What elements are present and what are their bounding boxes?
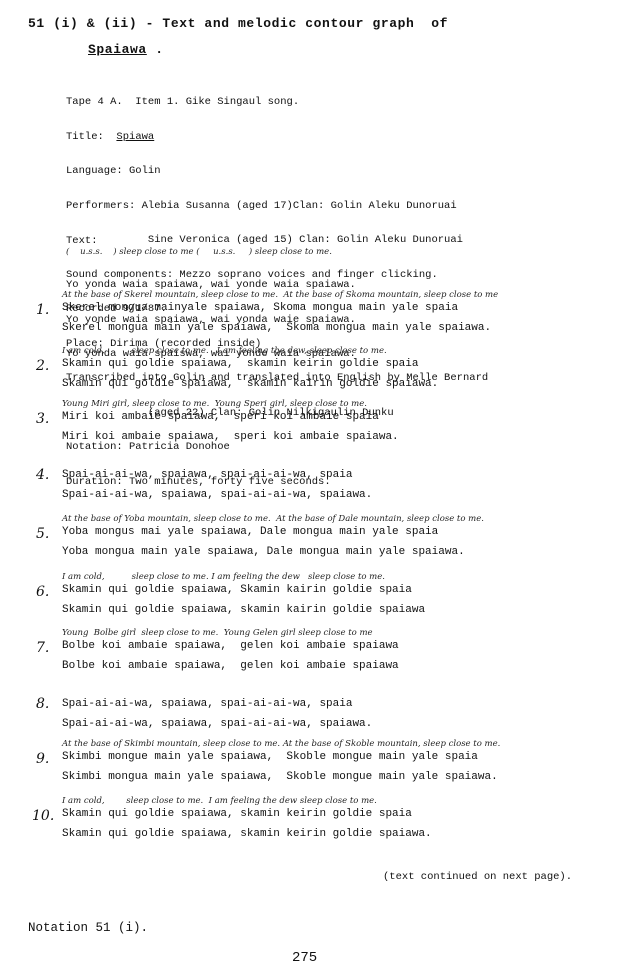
title-label: Title: [66,131,116,143]
text-label: Text: [66,236,98,248]
verse-translation: I am cold, sleep close to me. I am feeli… [62,572,385,582]
verse-number: 5. [36,526,49,542]
verse-translation: At the base of Skimbi mountain, sleep cl… [62,739,500,749]
continued-note: (text continued on next page). [383,872,572,884]
verse-translation: Young Miri girl, sleep close to me. Youn… [62,399,367,409]
verse-line: Skamin qui goldie spaiawa, skamin kairin… [62,604,425,616]
verse-line: Spai-ai-ai-wa, spaiawa, spai-ai-ai-wa, s… [62,718,372,730]
verse-translation: Young Bolbe girl sleep close to me. Youn… [62,628,373,638]
page-number: 275 [292,950,317,966]
document-heading: 51 (i) & (ii) - Text and melodic contour… [28,16,448,31]
verse-line: Skimbi mongua main yale spaiawa, Skoble … [62,771,498,783]
verse-number: 3. [36,411,49,427]
verse-number: 6. [36,584,49,600]
song-name-suffix: . [147,42,164,57]
verse-translation: I am cold, sleep close to me. I am feeli… [62,346,387,356]
performers-info-1: Performers: Alebia Susanna (aged 17)Clan… [66,201,488,213]
verse-number: 4. [36,467,49,483]
verse-line: Miri koi ambaie spaiawa, speri koi ambai… [62,411,379,423]
verse-translation: At the base of Skerel mountain, sleep cl… [62,290,498,300]
verse-line: Spai-ai-ai-wa, spaiawa, spai-ai-ai-wa, s… [62,469,352,481]
verse-line: Skerel mongua main yale spaiawa, Skoma m… [62,322,491,334]
verse-line: Skamin qui goldie spaiawa, skamin keirin… [62,808,412,820]
verse-line: Yoba mongua main yale spaiawa, Dale mong… [62,546,465,558]
verse-line: Skamin qui goldie spaiawa, skamin keirin… [62,828,432,840]
notation-info: Notation: Patricia Donohoe [66,442,488,454]
verse-number: 2. [36,358,49,374]
verse-line: Spai-ai-ai-wa, spaiawa, spai-ai-ai-wa, s… [62,698,352,710]
performers-info-2: Sine Veronica (aged 15) Clan: Golin Alek… [66,235,488,247]
verse-line: Skamin qui goldie spaiawa, skamin kairin… [62,378,438,390]
verse-line: Skerel mongua mainyale spaiawa, Skoma mo… [62,302,458,314]
verse-number: 10. [32,808,54,824]
verse-line: Bolbe koi ambaie spaiawa, gelen koi amba… [62,660,399,672]
verse-line: Skamin qui goldie spaiawa, skamin keirin… [62,358,418,370]
song-name-line: Spaiawa . [88,42,164,57]
song-name: Spaiawa [88,42,147,57]
verse-line: Bolbe koi ambaie spaiawa, gelen koi amba… [62,640,399,652]
verse-line: Yoba mongus mai yale spaiawa, Dale mongu… [62,526,438,538]
language-info: Language: Golin [66,166,488,178]
title-value: Spiawa [116,131,154,143]
verse-number: 9. [36,751,49,767]
verse-line: Miri koi ambaie spaiawa, speri koi ambai… [62,431,399,443]
verse-number: 7. [36,640,49,656]
verse-translation: I am cold, sleep close to me. I am feeli… [62,796,377,806]
verse-line: Skamin qui goldie spaiawa, Skamin kairin… [62,584,412,596]
tape-info: Tape 4 A. Item 1. Gike Singaul song. [66,97,488,109]
footer-label: Notation 51 (i). [28,921,148,935]
verse-number: 8. [36,696,49,712]
verse-line: Spai-ai-ai-wa, spaiawa, spai-ai-ai-wa, s… [62,489,372,501]
verse-line: Skimbi mongue main yale spaiawa, Skoble … [62,751,478,763]
title-info: Title: Spiawa [66,132,488,144]
verse-number: 1. [36,302,49,318]
verse-translation: At the base of Yoba mountain, sleep clos… [62,514,484,524]
intro-translation: ( u.s.s. ) sleep close to me ( u.s.s. ) … [66,247,332,257]
